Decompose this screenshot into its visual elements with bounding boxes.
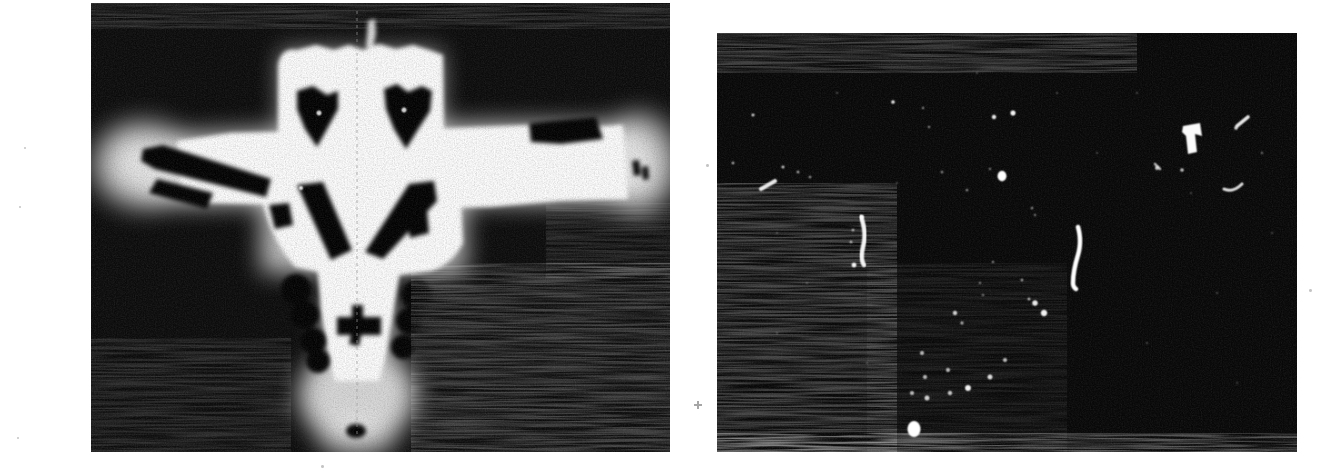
scan-speck [706, 164, 709, 167]
figure-canvas [0, 0, 1321, 473]
right-scan-svg [717, 33, 1297, 452]
scan-speck [321, 465, 324, 468]
scan-speck [19, 206, 21, 208]
scan-speck [1309, 289, 1312, 292]
scan-plus-artifact [694, 401, 702, 409]
scan-speck [17, 437, 19, 439]
left-scan-svg [91, 3, 670, 452]
right-scan-image [717, 33, 1297, 452]
scan-speck [24, 147, 26, 149]
left-scan-image [91, 3, 670, 452]
